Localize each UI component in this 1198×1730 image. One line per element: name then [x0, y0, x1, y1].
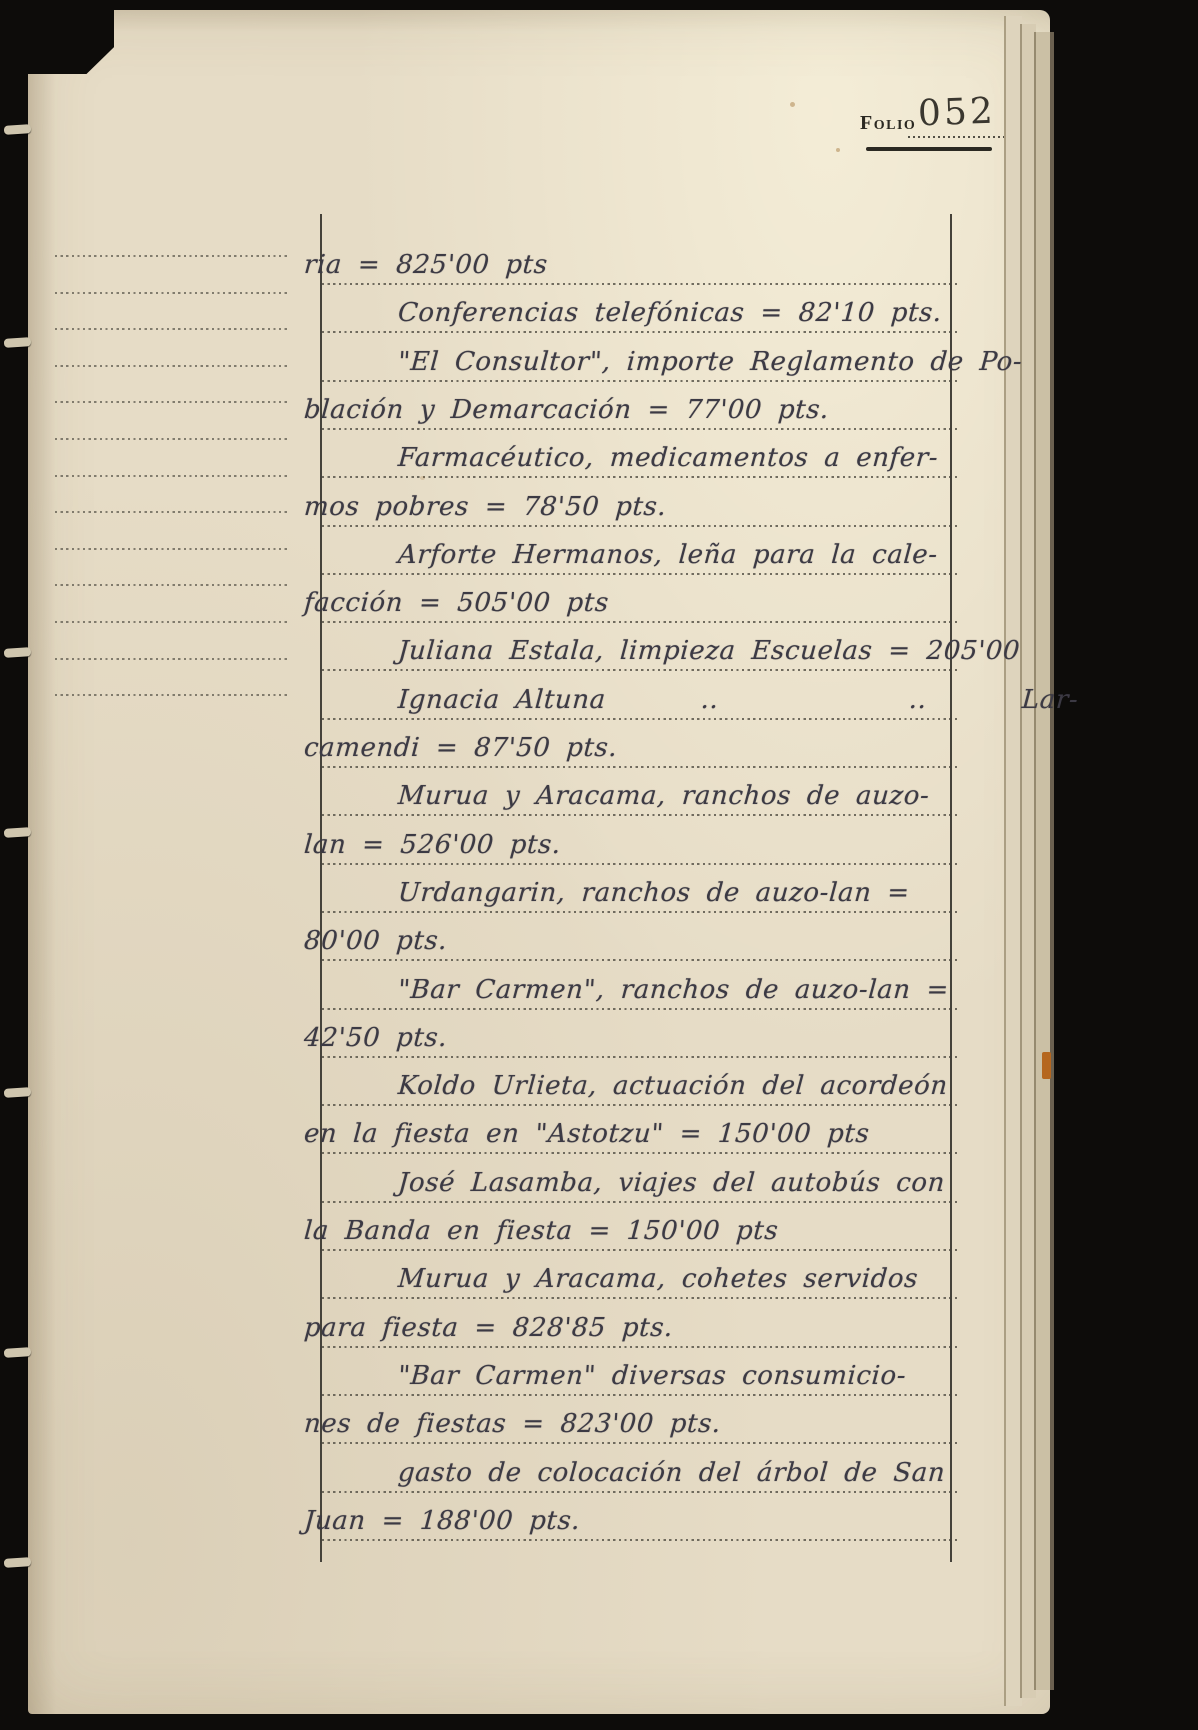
margin-rule-line — [55, 401, 288, 403]
ledger-line: "Bar Carmen", ranchos de auzo-lan = — [397, 970, 951, 1010]
margin-rule-line — [55, 621, 288, 623]
margin-rule-line — [55, 365, 288, 367]
folio-dotted-line — [908, 136, 1004, 138]
ledger-line: para fiesta = 828'85 pts. — [303, 1308, 675, 1348]
ledger-line: Ignacia Altuna .. .. Lar- — [397, 680, 1080, 720]
paper-stain — [420, 476, 425, 480]
ledger-line: blación y Demarcación = 77'00 pts. — [303, 390, 831, 430]
paper-stain — [836, 148, 840, 152]
page-marker-speck — [1042, 1052, 1051, 1079]
paper-stain — [790, 102, 795, 107]
ledger-line: Farmacéutico, medicamentos a enfer- — [397, 438, 940, 478]
stitch — [4, 1347, 32, 1358]
page-edge — [1034, 32, 1054, 1690]
margin-rule-right — [950, 214, 952, 1562]
ledger-line: Murua y Aracama, cohetes servidos — [397, 1259, 920, 1299]
ledger-line: nes de fiestas = 823'00 pts. — [303, 1404, 723, 1444]
margin-rule-line — [55, 255, 288, 257]
ledger-line: Conferencias telefónicas = 82'10 pts. — [397, 293, 944, 333]
ledger-line: la Banda en fiesta = 150'00 pts — [303, 1211, 780, 1251]
ledger-line: ria = 825'00 pts — [303, 245, 550, 285]
margin-rule-line — [55, 694, 288, 696]
photo-background: Folio 052 ria = 825'00 ptsConferencias t… — [0, 0, 1198, 1730]
ledger-line: 42'50 pts. — [303, 1018, 449, 1058]
ledger-line: Arforte Hermanos, leña para la cale- — [397, 535, 940, 575]
margin-rule-line — [55, 658, 288, 660]
ledger-line: en la fiesta en "Astotzu" = 150'00 pts — [303, 1114, 871, 1154]
stitch — [4, 1557, 32, 1568]
stitch — [4, 124, 32, 135]
ledger-line: 80'00 pts. — [303, 921, 449, 961]
folio-number: 052 — [917, 91, 996, 135]
stitch — [4, 1087, 32, 1098]
ledger-line: camendi = 87'50 pts. — [303, 728, 619, 768]
stitch — [4, 827, 32, 838]
ledger-line: lan = 526'00 pts. — [303, 825, 563, 865]
ledger-line: "Bar Carmen" diversas consumicio- — [397, 1356, 908, 1396]
margin-rule-line — [55, 475, 288, 477]
ledger-line: Koldo Urlieta, actuación del acordeón — [397, 1066, 950, 1106]
margin-rule-line — [55, 511, 288, 513]
stitch — [4, 647, 32, 658]
ledger-line: Juan = 188'00 pts. — [303, 1501, 582, 1541]
ledger-line: Juliana Estala, limpieza Escuelas = 205'… — [397, 631, 1022, 671]
margin-rule-line — [55, 438, 288, 440]
ledger-line: Urdangarin, ranchos de auzo-lan = — [397, 873, 912, 913]
margin-rule-line — [55, 584, 288, 586]
ledger-line: gasto de colocación del árbol de San — [397, 1453, 947, 1493]
stitch — [4, 337, 32, 348]
folio-label: Folio — [860, 112, 916, 135]
ledger-line: mos pobres = 78'50 pts. — [303, 487, 668, 527]
ledger-line: Murua y Aracama, ranchos de auzo- — [397, 776, 931, 816]
folio-underline — [866, 147, 992, 151]
ledger-line: facción = 505'00 pts — [303, 583, 611, 623]
ledger-line: José Lasamba, viajes del autobús con — [397, 1163, 947, 1203]
margin-rule-line — [55, 328, 288, 330]
ledger-line: "El Consultor", importe Reglamento de Po… — [397, 342, 1024, 382]
margin-rule-line — [55, 292, 288, 294]
margin-rule-line — [55, 548, 288, 550]
